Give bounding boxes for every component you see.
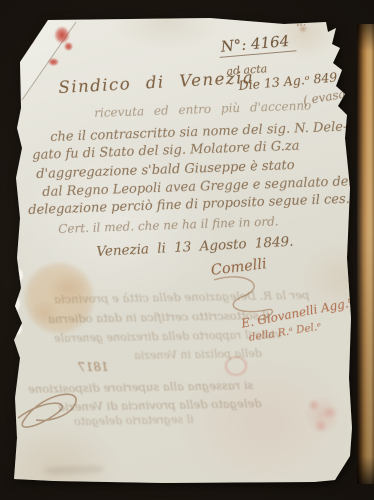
signature-comelli: Comelli [210, 256, 268, 279]
corner-mark: li: [296, 17, 307, 29]
addressee-line: Sindico di Venezia [58, 68, 255, 97]
red-wax-seal-mark [54, 26, 70, 44]
bleedthrough-line: per la R. Delegazione della città e prov… [54, 288, 310, 306]
red-wax-dot [30, 38, 34, 44]
opening-line: ricevuta ed entro più d'accenno [94, 98, 312, 120]
bleedthrough-line: il sottoscritto certifica in data odiern… [48, 308, 270, 326]
red-wax-seal-fragment [63, 41, 75, 53]
bleedthrough-line: visto il rapporto della direzione genera… [54, 328, 282, 345]
document-number: N°: 4164 [218, 31, 296, 58]
bleedthrough-line: il segretario delegato [74, 413, 194, 428]
paper-sheet: li: N°: 4164 ad acta Die 13 Ag.ᵒ 849 ( e… [14, 18, 352, 483]
torn-edge-chip [11, 268, 23, 282]
book-page-edge [357, 24, 374, 484]
closing-line: Cert. il med. che ne ha il fine in ord. [58, 214, 279, 236]
torn-edge-chip [11, 322, 22, 335]
bleedthrough-year: 1817 [78, 360, 109, 375]
stamp-ghost-rosette [300, 390, 346, 440]
bleedthrough-line: delegato della provincia di Venezia [58, 396, 262, 414]
bleedthrough-line: della polizia in Venezia [134, 347, 262, 362]
manuscript-letter: li: N°: 4164 ad acta Die 13 Ag.ᵒ 849 ( e… [14, 18, 352, 483]
bleedthrough-line: si rassegna alla superiore disposizione [28, 378, 254, 396]
red-wax-seal-fragment [48, 58, 59, 66]
photo-background: li: N°: 4164 ad acta Die 13 Ag.ᵒ 849 ( e… [0, 0, 374, 500]
faint-pencil-smudge [44, 465, 104, 475]
torn-edge-chip [10, 296, 20, 312]
